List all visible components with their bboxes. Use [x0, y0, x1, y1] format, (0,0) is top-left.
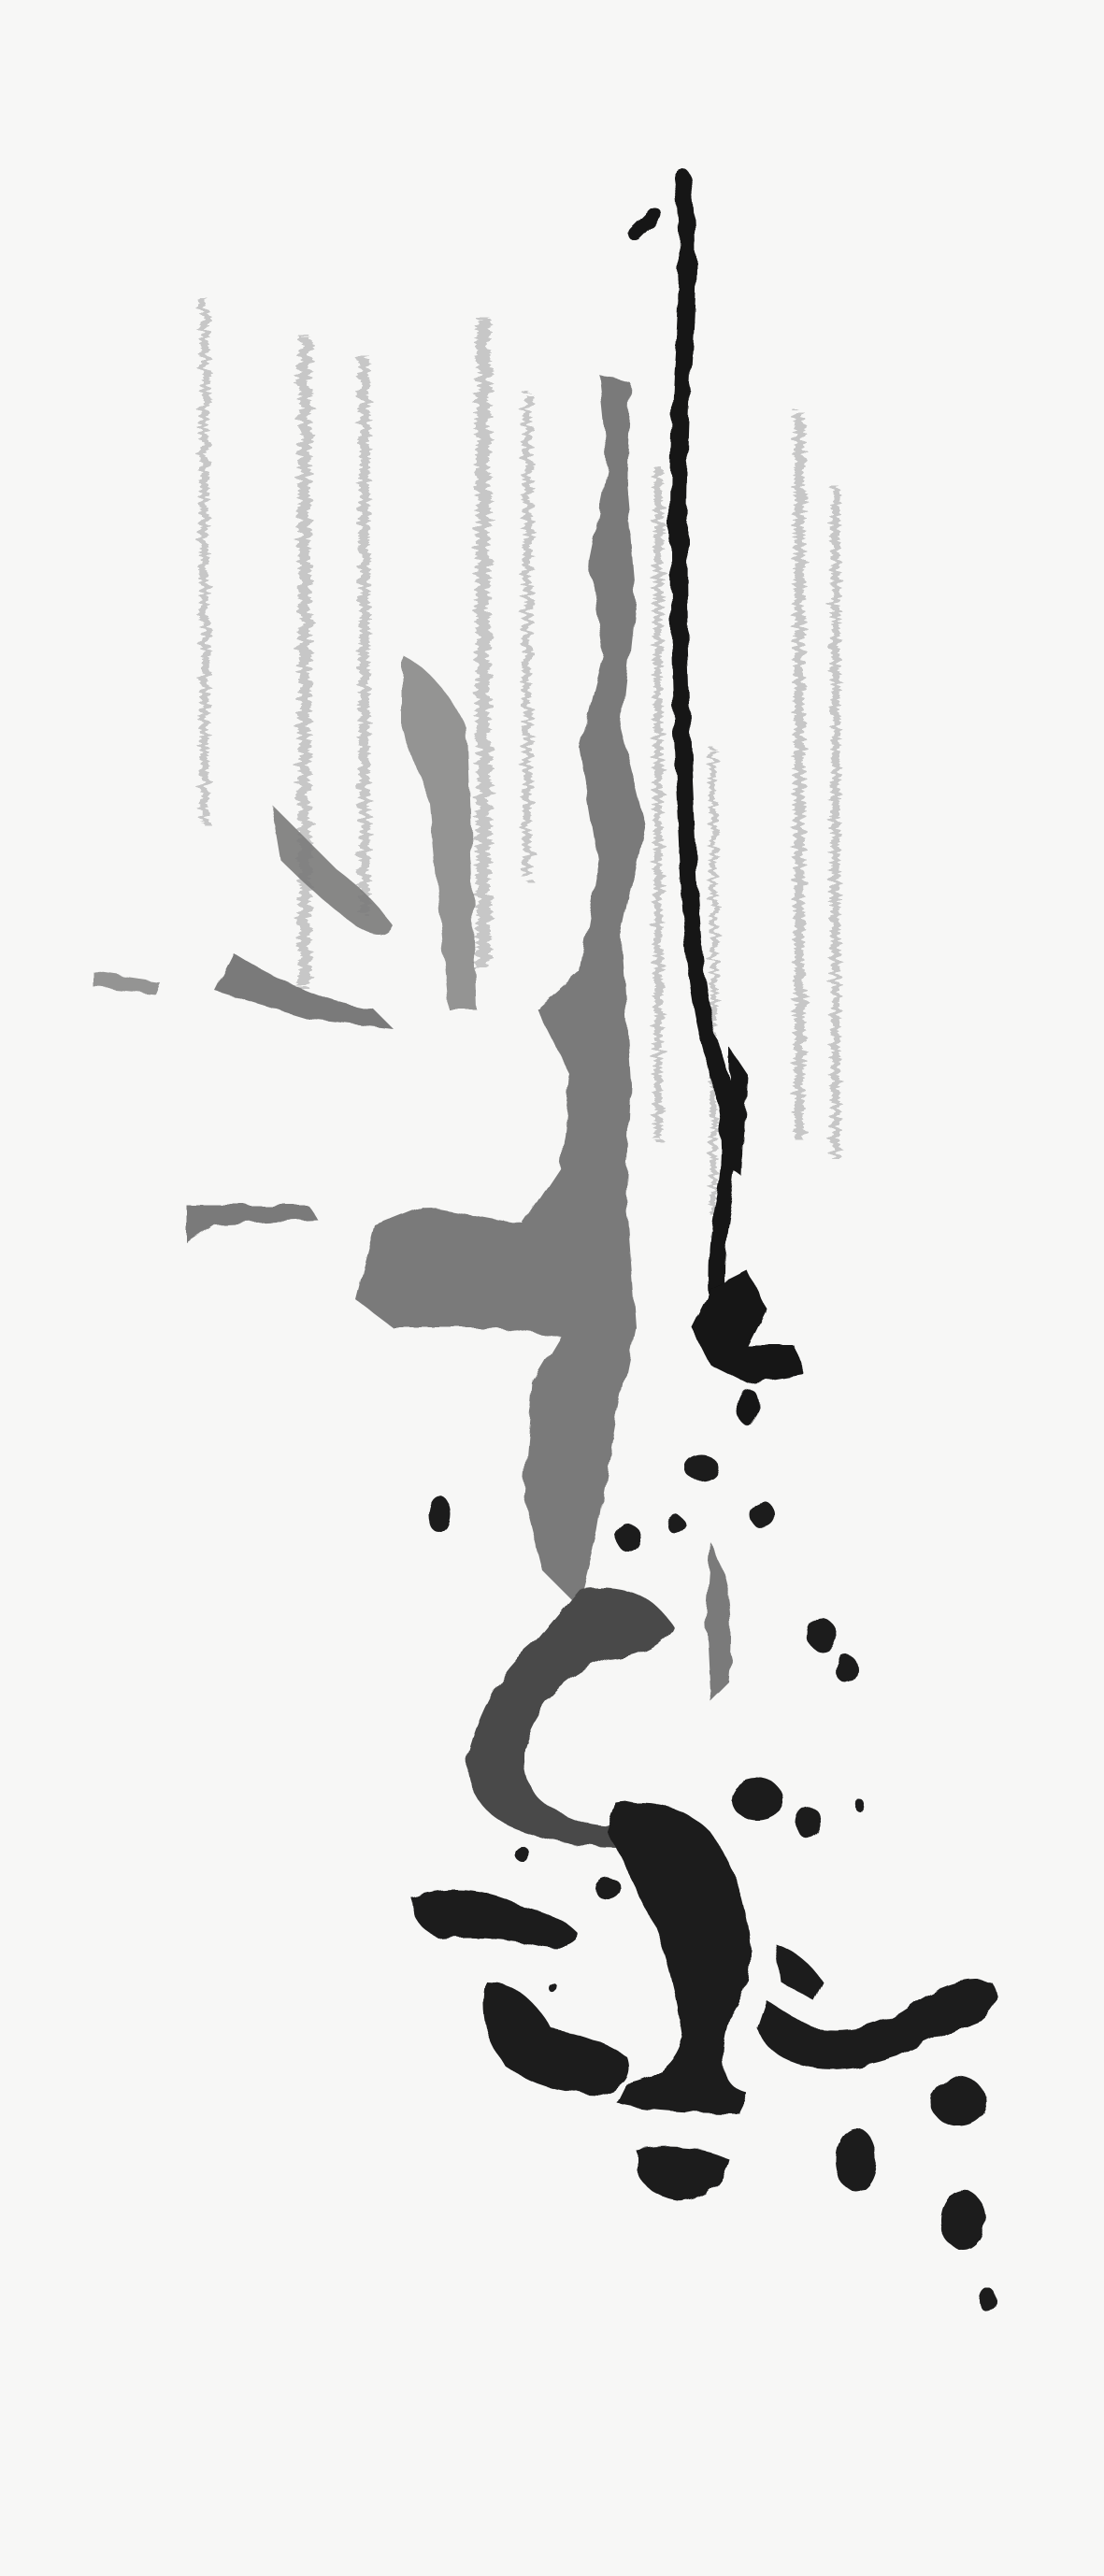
black-hook-cluster	[692, 1047, 804, 1425]
black-ink-splatter	[411, 1454, 996, 2311]
grey-wash	[93, 374, 732, 1701]
ink-painting	[0, 0, 1104, 2576]
